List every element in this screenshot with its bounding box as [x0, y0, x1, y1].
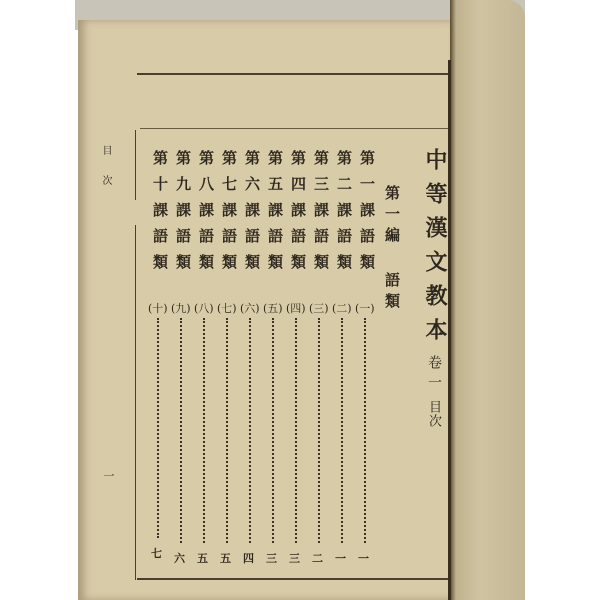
lesson-6-page: 四 — [243, 550, 254, 566]
part-heading: 第一編 語類 — [382, 185, 403, 314]
lesson-1-number: (一) — [355, 300, 375, 316]
lesson-9-page: 六 — [174, 550, 185, 566]
lesson-7-title: 第七課語類 — [219, 150, 240, 280]
lesson-10-number: (十) — [148, 300, 168, 316]
leader-dots — [203, 318, 205, 543]
side-label: 目次 — [98, 145, 113, 205]
lesson-4-title: 第四課語類 — [288, 150, 309, 280]
leader-dots — [341, 318, 343, 543]
contents-label: 目次 — [424, 400, 443, 428]
volume-label: 卷一 — [424, 355, 444, 395]
lesson-9-title: 第九課語類 — [173, 150, 194, 280]
lesson-5-title: 第五課語類 — [265, 150, 286, 280]
lesson-6-number: (六) — [240, 300, 260, 316]
lesson-2-title: 第二課語類 — [334, 150, 355, 280]
lesson-7-number: (七) — [217, 300, 237, 316]
frame-top-rule — [137, 73, 450, 76]
leader-dots — [157, 318, 159, 538]
lesson-1-title: 第一課語類 — [357, 150, 378, 280]
lesson-4-page: 三 — [289, 550, 300, 566]
gutter-rule-lower — [135, 225, 136, 580]
leader-dots — [226, 318, 228, 543]
lesson-4-number: (四) — [286, 300, 306, 316]
lesson-6-title: 第六課語類 — [242, 150, 263, 280]
lesson-8-number: (八) — [194, 300, 214, 316]
inner-top-rule — [140, 128, 450, 129]
leader-dots — [295, 318, 297, 543]
leader-dots — [364, 318, 366, 543]
leader-dots — [272, 318, 274, 543]
lesson-2-number: (二) — [332, 300, 352, 316]
lesson-3-page: 二 — [312, 550, 323, 566]
lesson-2-page: 一 — [335, 550, 346, 566]
lesson-10-title: 第十課語類 — [150, 150, 171, 280]
lesson-5-page: 三 — [266, 550, 277, 566]
lesson-3-number: (三) — [309, 300, 329, 316]
lesson-8-page: 五 — [197, 550, 208, 566]
lesson-9-number: (九) — [171, 300, 191, 316]
frame-bottom-rule — [137, 578, 450, 580]
side-page-number: 一 — [100, 470, 116, 481]
lesson-10-page: 七 — [151, 545, 162, 561]
lesson-7-page: 五 — [220, 550, 231, 566]
lesson-3-title: 第三課語類 — [311, 150, 332, 280]
lesson-1-page: 一 — [358, 550, 369, 566]
leader-dots — [318, 318, 320, 543]
lesson-5-number: (五) — [263, 300, 283, 316]
book-title: 中等漢文教本 — [420, 148, 451, 352]
leader-dots — [180, 318, 182, 543]
lesson-8-title: 第八課語類 — [196, 150, 217, 280]
leader-dots — [249, 318, 251, 543]
gutter-rule-upper — [135, 130, 136, 200]
curled-page-edge — [450, 0, 525, 600]
